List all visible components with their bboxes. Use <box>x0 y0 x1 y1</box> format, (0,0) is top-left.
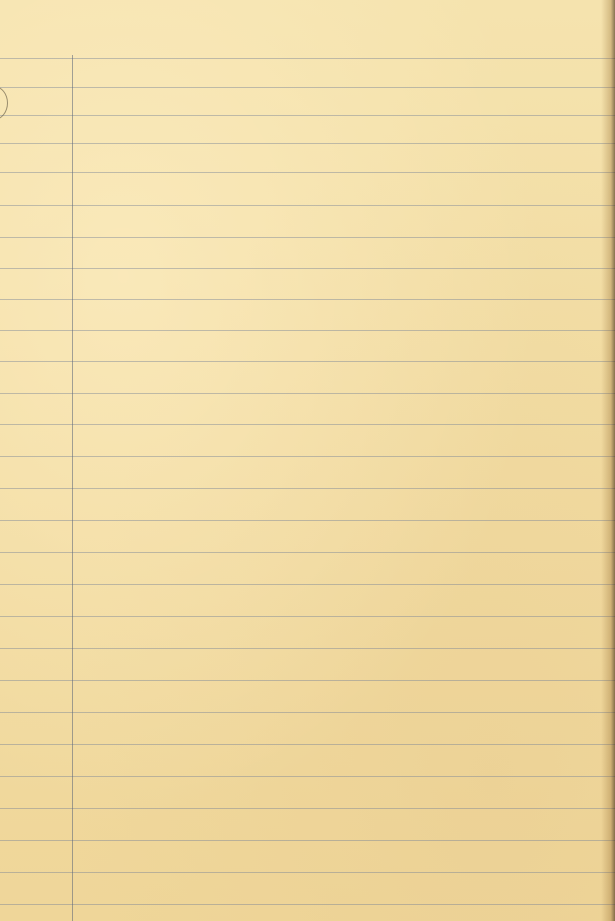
ruled-line <box>0 648 615 649</box>
ruled-line <box>0 840 615 841</box>
ruled-line <box>0 393 615 394</box>
ruled-line <box>0 361 615 362</box>
ruled-line <box>0 904 615 905</box>
ruled-line <box>0 712 615 713</box>
ruled-line <box>0 808 615 809</box>
ruled-line <box>0 744 615 745</box>
ruled-line <box>0 87 615 88</box>
ruled-line <box>0 776 615 777</box>
ruled-line <box>0 58 615 59</box>
ruled-line <box>0 872 615 873</box>
ruled-line <box>0 680 615 681</box>
ruled-line <box>0 584 615 585</box>
ruled-line <box>0 205 615 206</box>
ruled-line <box>0 268 615 269</box>
ruled-line <box>0 172 615 173</box>
ruled-line <box>0 115 615 116</box>
margin-line <box>72 55 73 921</box>
ruled-line <box>0 237 615 238</box>
document-page <box>0 0 615 921</box>
ruled-line <box>0 143 615 144</box>
ruled-line <box>0 488 615 489</box>
ruled-line <box>0 616 615 617</box>
ruled-line <box>0 552 615 553</box>
ruled-line <box>0 520 615 521</box>
ruled-line <box>0 424 615 425</box>
ruled-line <box>0 330 615 331</box>
ruled-line <box>0 456 615 457</box>
ruled-line <box>0 299 615 300</box>
